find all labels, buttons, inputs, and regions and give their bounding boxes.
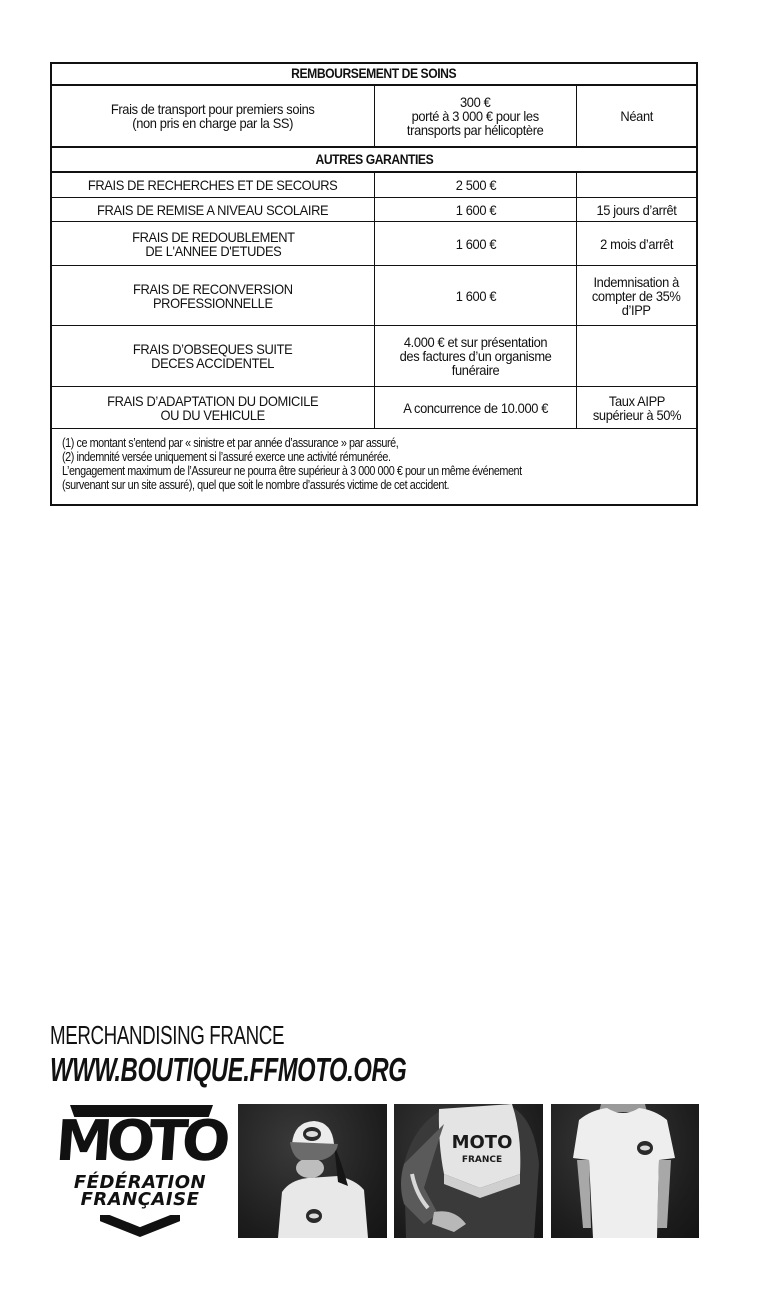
table-row: FRAIS D’OBSEQUES SUITE DECES ACCIDENTEL … — [52, 326, 696, 387]
merch-title: MERCHANDISING FRANCE — [50, 1022, 284, 1048]
table-row: FRAIS DE RECHERCHES ET DE SECOURS 2 500 … — [52, 173, 696, 198]
ffm-logo: MOTO FÉDÉRATION FRANÇAISE — [48, 1104, 232, 1239]
row-label: FRAIS DE REMISE A NIVEAU SCOLAIRE — [97, 203, 328, 217]
row-condition: 15 jours d’arrêt — [596, 203, 676, 217]
footnote: (2) indemnité versée uniquement si l’ass… — [62, 450, 522, 464]
table-footnotes: (1) ce montant s’entend par « sinistre e… — [52, 429, 696, 504]
row-condition: Néant — [620, 109, 653, 123]
product-photo-cap-tshirt[interactable] — [238, 1104, 387, 1238]
person-tshirt-image — [551, 1104, 699, 1238]
section-header-reimbursement: REMBOURSEMENT DE SOINS — [52, 64, 696, 86]
product-photo-jersey[interactable]: MOTO FRANCE — [394, 1104, 543, 1238]
row-condition: Indemnisation à compter de 35% d’IPP — [592, 275, 681, 317]
table-row: FRAIS DE REMISE A NIVEAU SCOLAIRE 1 600 … — [52, 198, 696, 222]
section-title: AUTRES GARANTIES — [315, 153, 433, 167]
row-amount: 1 600 € — [455, 203, 495, 217]
logo-line-2: FRANÇAISE — [48, 1191, 232, 1209]
row-condition: Taux AIPP supérieur à 50% — [592, 394, 680, 422]
row-label: FRAIS DE RECONVERSION PROFESSIONNELLE — [133, 282, 293, 310]
row-amount: 1 600 € — [455, 289, 495, 303]
svg-text:MOTO: MOTO — [452, 1132, 513, 1153]
footnote: (survenant sur un site assuré), quel que… — [62, 478, 522, 492]
row-label: FRAIS D’ADAPTATION DU DOMICILE OU DU VEH… — [107, 394, 318, 422]
row-amount: 1 600 € — [455, 237, 495, 251]
row-amount: 300 € porté à 3 000 € pour les transport… — [407, 95, 543, 137]
table-row: FRAIS DE REDOUBLEMENT DE L'ANNEE D'ETUDE… — [52, 222, 696, 266]
table-row-transport: Frais de transport pour premiers soins (… — [52, 86, 696, 148]
merch-url-link[interactable]: WWW.BOUTIQUE.FFMOTO.ORG — [50, 1053, 406, 1086]
row-label: FRAIS DE RECHERCHES ET DE SECOURS — [88, 178, 338, 192]
table-row: FRAIS DE RECONVERSION PROFESSIONNELLE 1 … — [52, 266, 696, 326]
row-amount: A concurrence de 10.000 € — [403, 401, 548, 415]
footnote: L’engagement maximum de l’Assureur ne po… — [62, 464, 522, 478]
row-amount: 4.000 € et sur présentation des factures… — [400, 335, 552, 377]
table-row: FRAIS D’ADAPTATION DU DOMICILE OU DU VEH… — [52, 387, 696, 429]
logo-chevron-icon — [100, 1215, 180, 1237]
footnote: (1) ce montant s’entend par « sinistre e… — [62, 436, 522, 450]
section-title: REMBOURSEMENT DE SOINS — [292, 67, 457, 81]
person-jersey-image: MOTO FRANCE — [394, 1104, 543, 1238]
guarantees-table: REMBOURSEMENT DE SOINS Frais de transpor… — [50, 62, 698, 506]
row-condition: 2 mois d’arrêt — [600, 237, 673, 251]
row-label: FRAIS DE REDOUBLEMENT DE L'ANNEE D'ETUDE… — [132, 230, 295, 258]
section-header-other: AUTRES GARANTIES — [52, 148, 696, 173]
row-amount: 2 500 € — [455, 178, 495, 192]
product-photo-tshirt[interactable] — [551, 1104, 699, 1238]
logo-wordmark: MOTO — [44, 1116, 235, 1168]
row-label: FRAIS D’OBSEQUES SUITE DECES ACCIDENTEL — [133, 342, 292, 370]
person-cap-image — [238, 1104, 387, 1238]
row-label: Frais de transport pour premiers soins (… — [111, 102, 315, 130]
svg-text:FRANCE: FRANCE — [462, 1155, 502, 1165]
